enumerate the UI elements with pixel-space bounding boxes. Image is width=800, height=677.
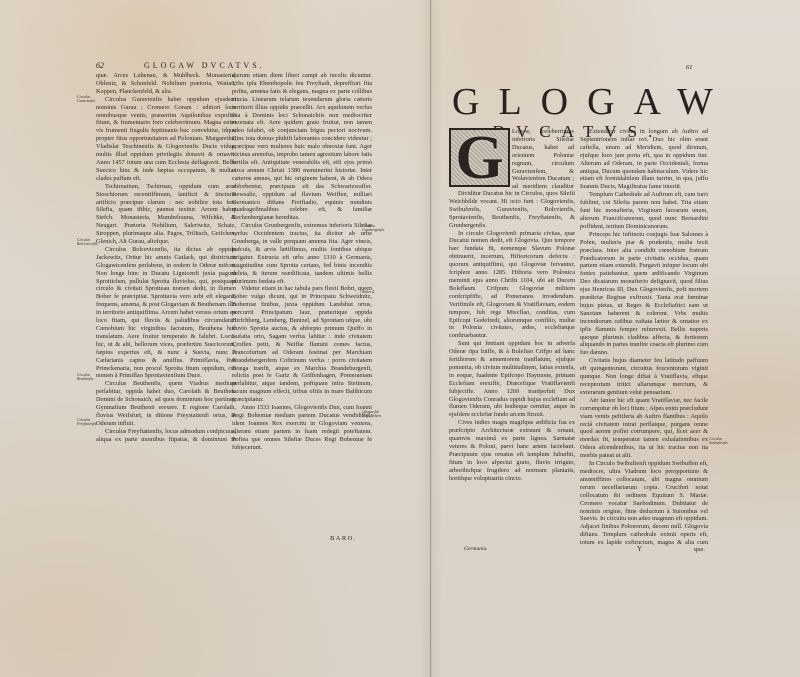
right-page-column-1-top: Logaw, celeberrimus inferioris Silefiæ D… [512,128,574,188]
paragraph: Tschirnatium, Tschirnau, oppidum cum arc… [96,183,236,246]
paragraph: dierum etiam diem liberi campi ab incoli… [232,72,372,222]
paragraph: Anno 1533 Ioannes, Glogovienfis Dux, cum… [232,404,372,450]
initial-letter: G [455,130,503,186]
paragraph: In Circulo Swibufienfi oppidum Swibuffen… [580,460,708,548]
right-page-column-1: Dividitur Ducatus hic in Circulos, quos … [449,190,575,510]
margin-note: Bober fl. [362,290,386,294]
right-page-column-2: Extenditur civitas in longum ab Auftro a… [580,128,708,548]
left-page-number: 62 [96,61,104,70]
footer-note: Germania. [464,546,488,552]
paragraph: Circulus Freyftattenfis, locus admodum c… [96,428,236,444]
paragraph: Aër fanior hic eft quam Vratiflaviæ, nec… [580,397,708,460]
page-title: GLOGAW [452,82,702,122]
left-running-title: GLOGAW DVCATVS. [144,61,265,70]
margin-note: Circulus Guravienfis. [77,95,101,104]
paragraph: Circulus Bolcevicenfis, ita dictus ab op… [96,246,236,380]
paragraph: In circulo Glogovienfi primaria civitas,… [449,230,575,341]
paragraph: Princeps hic inftinctu conjugis fuæ Salo… [580,231,708,358]
paragraph: Civitatis hujus diameter feu latitudo pa… [580,357,708,397]
right-catchword: que. [694,546,705,553]
margin-note: Circulus Bolcevicenfis. [77,238,101,247]
paragraph: Cives indies magis magifque ædificia fua… [449,419,575,482]
signature-mark: Y [637,545,642,553]
paragraph: Templum Cathedrale ad Auftrum eft, cum t… [580,191,708,231]
left-page-column-1: quæ. Arces Lubenau, & Mublbeck. Monaster… [96,72,236,444]
decorated-initial-g: G [449,128,510,187]
margin-note: Circulus Swibufienfis. [709,437,733,446]
margin-note: Circulus Freyftatenfis. [77,418,101,427]
paragraph: Circulus Guravienfis habet oppidum ejusd… [96,96,236,183]
paragraph: Circulus Beuthenfis, quem Viadrus medium… [96,380,236,427]
page-fold [430,0,432,677]
margin-note: Circulus Grunbergenfis. [362,224,386,233]
left-page-column-2: dierum etiam diem liberi campi ab incoli… [232,72,372,450]
paragraph: Sunt qui fentiant oppidum hoc in adverfa… [449,340,575,419]
margin-note: Circulus Beuthenfis. [77,373,101,382]
left-catchword: BARO. [330,535,357,542]
paragraph: Dividitur Ducatus hic in Circulos, quos … [449,190,575,230]
right-page-number: 61 [686,64,693,71]
paragraph: Extenditur civitas in longum ab Auftro a… [580,128,708,191]
paragraph: Videtur etiam in hac tabula pars fluvii … [232,285,372,404]
paragraph: Circulus Grunbergenfis, extremus inferio… [232,222,372,285]
paragraph: Logaw, celeberrimus inferioris Silefiæ D… [512,128,574,188]
margin-note: Glogau fub Rege Bohem. [362,410,386,419]
paragraph: quæ. Arces Lubenau, & Mublbeck. Monaster… [96,72,236,96]
